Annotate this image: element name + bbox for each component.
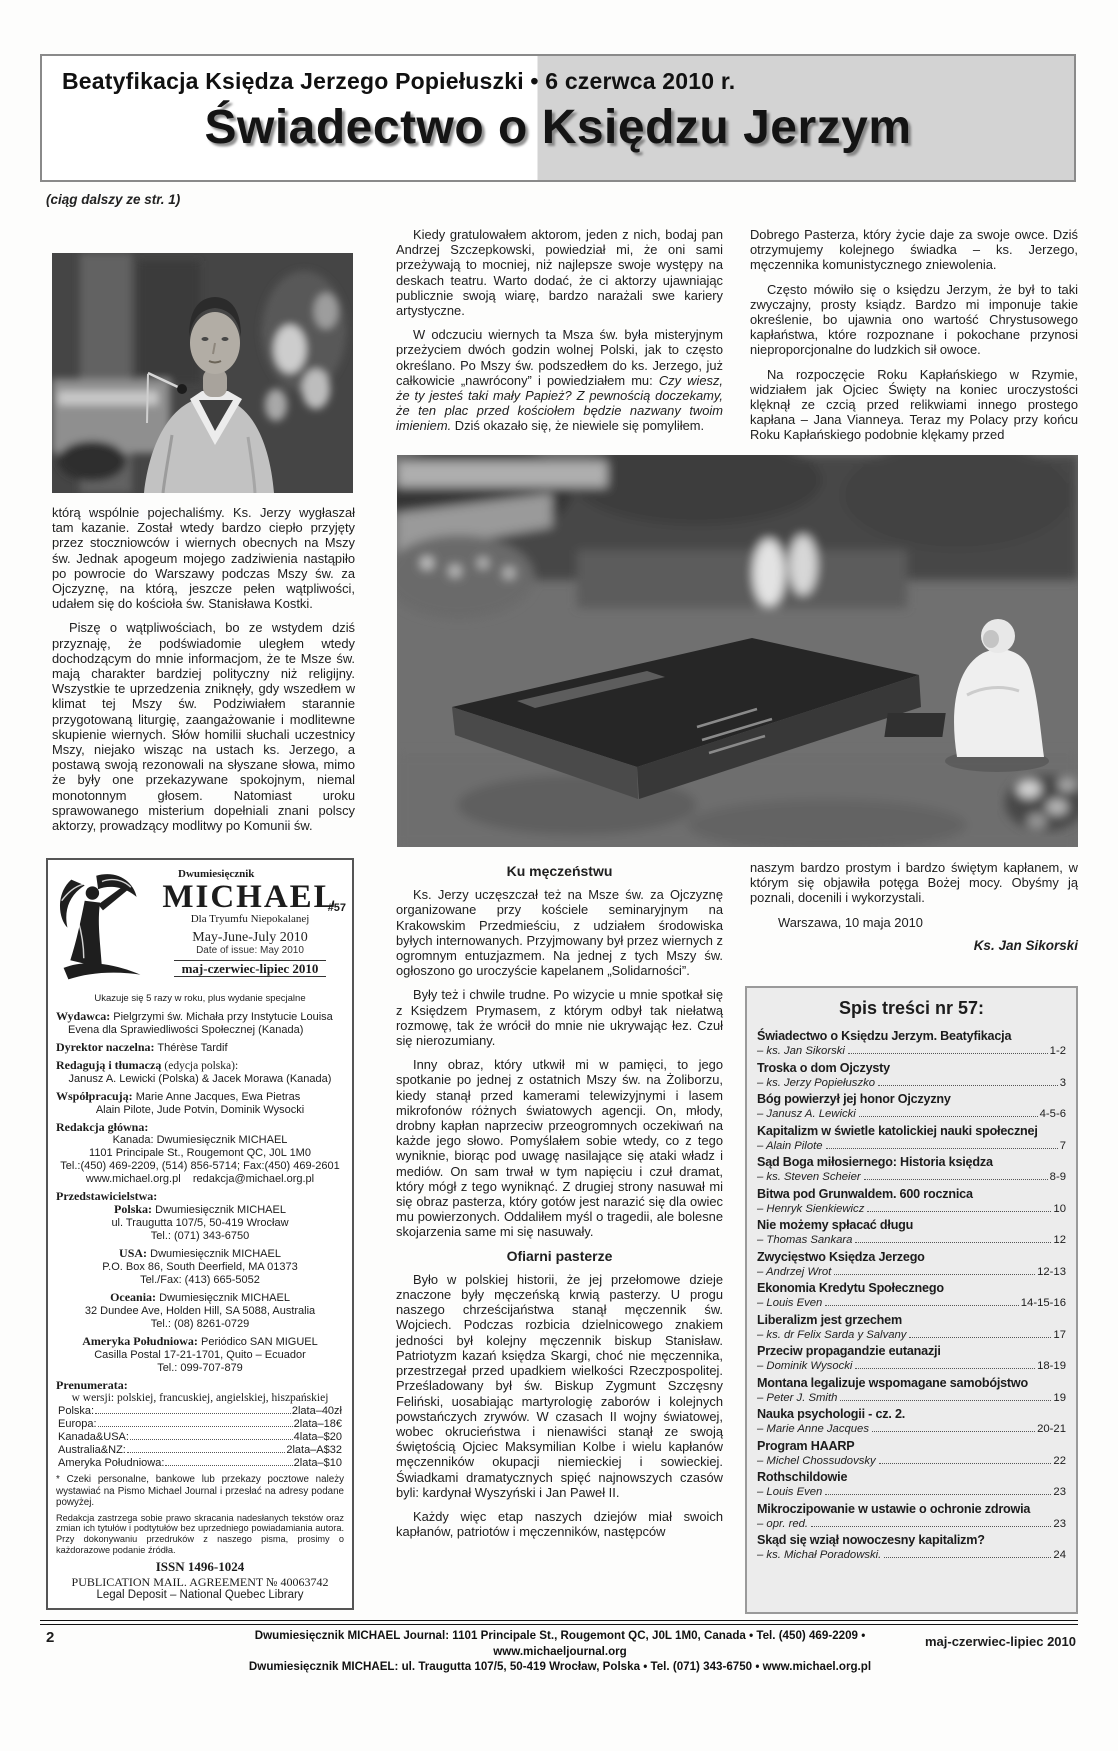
rate-price: 2lata–$10	[294, 1457, 342, 1470]
toc-entry: Troska o dom Ojczysty – ks. Jerzy Popieł…	[757, 1061, 1066, 1090]
office-name: Dwumiesięcznik MICHAEL	[150, 1248, 281, 1260]
leader-dots	[855, 1368, 1035, 1369]
leader-dots	[909, 1337, 1051, 1338]
director-block: Dyrektor naczelna: Thérèse Tardif	[56, 1041, 344, 1055]
toc-entry-line: – opr. red. 23	[757, 1517, 1066, 1531]
masthead-date-pl: maj-czerwiec-lipiec 2010	[174, 960, 327, 977]
rate-price: 2lata–18€	[294, 1418, 342, 1431]
leader-dots	[848, 1053, 1048, 1054]
section-heading: Ofiarni pasterze	[396, 1249, 723, 1264]
publisher-block: Wydawca: Pielgrzymi św. Michała przy Ins…	[56, 1010, 344, 1037]
office-region: USA:	[119, 1246, 147, 1260]
paragraph: Było w polskiej historii, że jej przełom…	[396, 1272, 723, 1500]
toc-entry-title: Świadectwo o Księdzu Jerzym. Beatyfikacj…	[757, 1029, 1066, 1044]
toc-entry-pages: 24	[1053, 1548, 1066, 1562]
leader-dots	[878, 1085, 1058, 1086]
office-address: 32 Dundee Ave, Holden Hill, SA 5088, Aus…	[56, 1305, 344, 1318]
office-phone: Tel.: 099-707-879	[56, 1362, 344, 1375]
office-address: P.O. Box 86, South Deerfield, MA 01373	[56, 1261, 344, 1274]
office-region: Oceania:	[110, 1290, 156, 1304]
toc-entry-title: Bitwa pod Grunwaldem. 600 rocznica	[757, 1187, 1066, 1202]
footer-issue-date: maj-czerwiec-lipiec 2010	[925, 1634, 1076, 1649]
toc-box: Spis treści nr 57: Świadectwo o Księdzu …	[745, 986, 1078, 1614]
toc-entry: Kapitalizm w świetle katolickiej nauki s…	[757, 1124, 1066, 1153]
leader-dots	[165, 1465, 292, 1466]
editors-block: Redagują i tłumaczą (edycja polska): Jan…	[56, 1059, 344, 1086]
leader-dots	[872, 1431, 1035, 1432]
toc-entry-line: – Alain Pilote 7	[757, 1139, 1066, 1153]
masthead-frequency-note: Ukazuje się 5 razy w roku, plus wydanie …	[54, 992, 346, 1005]
toc-entry-line: – Louis Even 14-15-16	[757, 1296, 1066, 1310]
toc-entry: Mikroczipowanie w ustawie o ochronie zdr…	[757, 1502, 1066, 1531]
toc-entry-line: – ks. Michał Poradowski. 24	[757, 1548, 1066, 1562]
editors-label: Redagują i tłumaczą	[56, 1058, 161, 1072]
toc-entry-line: – Louis Even 23	[757, 1485, 1066, 1499]
toc-entry-line: – Dominik Wysocki 18-19	[757, 1359, 1066, 1373]
toc-entry-pages: 23	[1053, 1485, 1066, 1499]
toc-entry: Sąd Boga miłosiernego: Historia księdza …	[757, 1155, 1066, 1184]
toc-entry-title: Rothschildowie	[757, 1470, 1066, 1485]
masthead-top: #57 Dwumiesięcznik MICHAEL Dla Tryumfu N…	[54, 868, 346, 990]
toc-entry-line: – Peter J. Smith 19	[757, 1391, 1066, 1405]
article-title: Świadectwo o Księdzu Jerzym	[42, 100, 1074, 155]
toc-entry-author: – Marie Anne Jacques	[757, 1422, 869, 1436]
toc-entry-author: – Louis Even	[757, 1296, 822, 1310]
paragraph: Często mówiło się o księdzu Jerzym, że b…	[750, 282, 1078, 358]
toc-entry-author: – ks. Jerzy Popiełuszko	[757, 1076, 875, 1090]
toc-entry-pages: 10	[1053, 1202, 1066, 1216]
main-office-line: Tel.:(450) 469-2209, (514) 856-5714; Fax…	[56, 1160, 344, 1173]
st-michael-illustration	[54, 870, 150, 988]
paragraph: Dobrego Pasterza, który życie daje za sw…	[750, 227, 1078, 273]
toc-entry: Program HAARP – Michel Chossudovsky 22	[757, 1439, 1066, 1468]
main-office-line: www.michael.org.pl redakcja@michael.org.…	[56, 1173, 344, 1186]
toc-entry-title: Kapitalizm w świetle katolickiej nauki s…	[757, 1124, 1066, 1139]
issn: ISSN 1496-1024	[54, 1560, 346, 1573]
toc-entry-author: – Henryk Sienkiewicz	[757, 1202, 864, 1216]
column-middle-top: Kiedy gratulowałem aktorom, jeden z nich…	[396, 227, 723, 443]
director-value: Thérèse Tardif	[157, 1042, 227, 1054]
footer-rule	[40, 1620, 1078, 1625]
legal-deposit: Legal Deposit – National Quebec Library	[54, 1589, 346, 1602]
editorial-note: Redakcja zastrzega sobie prawo skracania…	[56, 1513, 344, 1556]
photo-ks-jerzy-art	[52, 253, 353, 493]
toc-entry-line: – Andrzej Wrot 12-13	[757, 1265, 1066, 1279]
leader-dots	[825, 1305, 1018, 1306]
toc-entry-line: – Marie Anne Jacques 20-21	[757, 1422, 1066, 1436]
subscription-block: Prenumerata: w wersji: polskiej, francus…	[56, 1379, 344, 1470]
rate-region: Australia&NZ:	[58, 1444, 126, 1457]
toc-entry-pages: 4-5-6	[1040, 1107, 1066, 1121]
toc-entry: Montana legalizuje wspomagane samobójstw…	[757, 1376, 1066, 1405]
toc-entry: Bóg powierzył jej honor Ojczyzny – Janus…	[757, 1092, 1066, 1121]
office-name: Periódico SAN MIGUEL	[201, 1336, 318, 1348]
leader-dots	[879, 1463, 1052, 1464]
paragraph: Kiedy gratulowałem aktorom, jeden z nich…	[396, 227, 723, 318]
column-middle-bottom: Ku męczeństwu Ks. Jerzy uczęszczał też n…	[396, 862, 723, 1548]
toc-entry-title: Sąd Boga miłosiernego: Historia księdza	[757, 1155, 1066, 1170]
toc-entry-pages: 7	[1060, 1139, 1066, 1153]
collaborators-line1: Marie Anne Jacques, Ewa Pietras	[136, 1091, 300, 1103]
subscription-rate-row: Europa: 2lata–18€	[58, 1418, 342, 1431]
subscription-rate-row: Australia&NZ: 2lata–A$32	[58, 1444, 342, 1457]
office-phone: Tel./Fax: (413) 665-5052	[56, 1274, 344, 1287]
collaborators-block: Współpracują: Marie Anne Jacques, Ewa Pi…	[56, 1090, 344, 1117]
masthead-box: #57 Dwumiesięcznik MICHAEL Dla Tryumfu N…	[46, 858, 354, 1610]
leader-dots	[98, 1426, 293, 1427]
toc-entry: Świadectwo o Księdzu Jerzym. Beatyfikacj…	[757, 1029, 1066, 1058]
photo-pope-kneeling-at-tomb	[397, 455, 1078, 847]
office-region: Polska:	[114, 1202, 152, 1216]
editors-sublabel: (edycja polska):	[164, 1060, 238, 1072]
masthead-logo-text: MICHAEL	[154, 881, 346, 913]
toc-entry-pages: 12	[1053, 1233, 1066, 1247]
editors-value: Janusz A. Lewicki (Polska) & Jacek Moraw…	[56, 1073, 344, 1086]
subscription-versions: w wersji: polskiej, francuskiej, angiels…	[56, 1392, 344, 1405]
toc-entry-pages: 3	[1060, 1076, 1066, 1090]
office-address: Casilla Postal 17-21-1701, Quito – Ecuad…	[56, 1349, 344, 1362]
publisher-label: Wydawca:	[56, 1009, 110, 1023]
leader-dots	[859, 1116, 1038, 1117]
toc-entry-title: Nauka psychologii - cz. 2.	[757, 1407, 1066, 1422]
paragraph: naszym bardzo prostym i bardzo świętym k…	[750, 860, 1078, 906]
toc-entry-pages: 22	[1053, 1454, 1066, 1468]
main-office-line: 1101 Principale St., Rougemont QC, J0L 1…	[56, 1147, 344, 1160]
leader-dots	[811, 1526, 1051, 1527]
toc-entry-title: Montana legalizuje wspomagane samobójstw…	[757, 1376, 1066, 1391]
toc-entry-title: Program HAARP	[757, 1439, 1066, 1454]
toc-entry-line: – ks. Steven Scheier 8-9	[757, 1170, 1066, 1184]
office-phone: Tel.: (071) 343-6750	[56, 1230, 344, 1243]
newspaper-page: Beatyfikacja Księdza Jerzego Popiełuszki…	[0, 0, 1118, 1751]
toc-entry: Zwycięstwo Księdza Jerzego – Andrzej Wro…	[757, 1250, 1066, 1279]
leader-dots	[825, 1494, 1051, 1495]
header-kicker: Beatyfikacja Księdza Jerzego Popiełuszki…	[62, 68, 735, 95]
toc-entry-line: – ks. dr Felix Sarda y Salvany 17	[757, 1328, 1066, 1342]
office-region-name: Polska: Dwumiesięcznik MICHAEL	[56, 1203, 344, 1217]
toc-entry-author: – Janusz A. Lewicki	[757, 1107, 856, 1121]
column-right-bottom: naszym bardzo prostym i bardzo świętym k…	[750, 860, 1078, 953]
toc-entry: Rothschildowie – Louis Even 23	[757, 1470, 1066, 1499]
paragraph-text: Dziś okazało się, że niewiele się pomyli…	[451, 418, 704, 433]
toc-entry-author: – Louis Even	[757, 1485, 822, 1499]
leader-dots	[840, 1400, 1051, 1401]
leader-dots	[834, 1274, 1035, 1275]
masthead-date-en: May-June-July 2010	[154, 931, 346, 944]
rate-region: Kanada&USA:	[58, 1431, 129, 1444]
office-entry: Ameryka Południowa: Periódico SAN MIGUEL…	[56, 1335, 344, 1375]
author-signature: Ks. Jan Sikorski	[750, 938, 1078, 953]
toc-entry-title: Bóg powierzył jej honor Ojczyzny	[757, 1092, 1066, 1107]
office-entry: Oceania: Dwumiesięcznik MICHAEL 32 Dunde…	[56, 1291, 344, 1331]
leader-dots	[884, 1557, 1051, 1558]
photo-ks-jerzy-at-mass	[52, 253, 353, 493]
photo-pope-tomb-art	[397, 455, 1078, 847]
toc-entry-author: – Peter J. Smith	[757, 1391, 837, 1405]
offices-block: Przedstawicielstwa: Polska: Dwumiesięczn…	[56, 1190, 344, 1375]
toc-entry-author: – opr. red.	[757, 1517, 808, 1531]
toc-entry-line: – Thomas Sankara 12	[757, 1233, 1066, 1247]
toc-entry: Liberalizm jest grzechem – ks. dr Felix …	[757, 1313, 1066, 1342]
issue-number-badge: #57	[328, 902, 346, 915]
page-number: 2	[46, 1629, 54, 1646]
subscription-rate-row: Ameryka Południowa: 2lata–$10	[58, 1457, 342, 1470]
toc-entry-pages: 23	[1053, 1517, 1066, 1531]
checks-note: * Czeki personalne, bankowe lub przekazy…	[56, 1474, 344, 1509]
printed-in: Printed in Canada	[54, 1606, 346, 1610]
leader-dots	[127, 1452, 285, 1453]
column-left: którą wspólnie pojechaliśmy. Ks. Jerzy w…	[52, 505, 355, 842]
office-region: Ameryka Południowa:	[82, 1334, 198, 1348]
leader-dots	[95, 1413, 291, 1414]
section-heading: Ku męczeństwu	[396, 864, 723, 879]
office-name: Dwumiesięcznik MICHAEL	[155, 1204, 286, 1216]
toc-entry: Nauka psychologii - cz. 2. – Marie Anne …	[757, 1407, 1066, 1436]
main-office-line: Kanada: Dwumiesięcznik MICHAEL	[56, 1134, 344, 1147]
toc-entry-title: Troska o dom Ojczysty	[757, 1061, 1066, 1076]
paragraph: Ks. Jerzy uczęszczał też na Msze św. za …	[396, 887, 723, 978]
toc-entry-author: – ks. Jan Sikorski	[757, 1044, 845, 1058]
paragraph: Każdy więc etap naszych dziejów miał swo…	[396, 1509, 723, 1539]
rate-region: Europa:	[58, 1418, 97, 1431]
toc-entry-pages: 14-15-16	[1021, 1296, 1066, 1310]
office-address: ul. Traugutta 107/5, 50-419 Wrocław	[56, 1217, 344, 1230]
toc-entry-author: – ks. Steven Scheier	[757, 1170, 861, 1184]
paragraph: Inny obraz, który utkwił mi w pamięci, t…	[396, 1057, 723, 1239]
leader-dots	[826, 1148, 1058, 1149]
rate-region: Ameryka Południowa:	[58, 1457, 164, 1470]
collaborators-label: Współpracują:	[56, 1089, 133, 1103]
subscription-rate-row: Kanada&USA: 4lata–$20	[58, 1431, 342, 1444]
rate-price: 4lata–$20	[294, 1431, 342, 1444]
toc-entry-pages: 8-9	[1050, 1170, 1066, 1184]
toc-entry: Bitwa pod Grunwaldem. 600 rocznica – Hen…	[757, 1187, 1066, 1216]
leader-dots	[130, 1439, 293, 1440]
toc-entry-pages: 19	[1053, 1391, 1066, 1405]
toc-entry-line: – Michel Chossudovsky 22	[757, 1454, 1066, 1468]
leader-dots	[867, 1211, 1051, 1212]
rate-region: Polska:	[58, 1405, 94, 1418]
toc-entry-title: Ekonomia Kredytu Społecznego	[757, 1281, 1066, 1296]
toc-entry-author: – ks. dr Felix Sarda y Salvany	[757, 1328, 906, 1342]
toc-entry-author: – Andrzej Wrot	[757, 1265, 831, 1279]
director-label: Dyrektor naczelna:	[56, 1040, 155, 1054]
toc-entry-pages: 20-21	[1037, 1422, 1066, 1436]
continuation-note: (ciąg dalszy ze str. 1)	[46, 192, 180, 207]
toc-entry: Nie możemy spłacać długu – Thomas Sankar…	[757, 1218, 1066, 1247]
toc-entry-pages: 12-13	[1037, 1265, 1066, 1279]
article-header: Beatyfikacja Księdza Jerzego Popiełuszki…	[40, 54, 1076, 182]
paragraph: którą wspólnie pojechaliśmy. Ks. Jerzy w…	[52, 505, 355, 611]
toc-entry-author: – Thomas Sankara	[757, 1233, 852, 1247]
toc-entry: Przeciw propagandzie eutanazji – Dominik…	[757, 1344, 1066, 1373]
toc-title: Spis treści nr 57:	[757, 998, 1066, 1019]
office-region-name: USA: Dwumiesięcznik MICHAEL	[56, 1247, 344, 1261]
paragraph: Piszę o wątpliwościach, bo ze wstydem dz…	[52, 620, 355, 833]
toc-entry-pages: 1-2	[1050, 1044, 1066, 1058]
toc-entry-title: Nie możemy spłacać długu	[757, 1218, 1066, 1233]
toc-entry-author: – Michel Chossudovsky	[757, 1454, 876, 1468]
toc-entry-author: – ks. Michał Poradowski.	[757, 1548, 881, 1562]
rate-price: 2lata–A$32	[286, 1444, 342, 1457]
main-office-block: Redakcja główna: Kanada: Dwumiesięcznik …	[56, 1121, 344, 1186]
toc-entry-title: Zwycięstwo Księdza Jerzego	[757, 1250, 1066, 1265]
office-name: Dwumiesięcznik MICHAEL	[159, 1292, 290, 1304]
toc-entry: Ekonomia Kredytu Społecznego – Louis Eve…	[757, 1281, 1066, 1310]
main-office-label: Redakcja główna:	[56, 1121, 344, 1134]
office-entry: USA: Dwumiesięcznik MICHAEL P.O. Box 86,…	[56, 1247, 344, 1287]
paragraph: W odczuciu wiernych ta Msza św. była mis…	[396, 327, 723, 433]
toc-entry-title: Skąd się wziął nowoczesny kapitalizm?	[757, 1533, 1066, 1548]
office-phone: Tel.: (08) 8261-0729	[56, 1318, 344, 1331]
office-region-name: Oceania: Dwumiesięcznik MICHAEL	[56, 1291, 344, 1305]
office-region-name: Ameryka Południowa: Periódico SAN MIGUEL	[56, 1335, 344, 1349]
subscription-label: Prenumerata:	[56, 1379, 344, 1392]
column-right-top: Dobrego Pasterza, który życie daje za sw…	[750, 227, 1078, 452]
toc-entry: Skąd się wziął nowoczesny kapitalizm? – …	[757, 1533, 1066, 1562]
masthead-date-of-issue: Date of issue: May 2010	[154, 944, 346, 957]
office-entry: Polska: Dwumiesięcznik MICHAEL ul. Traug…	[56, 1203, 344, 1243]
toc-entry-line: – ks. Jan Sikorski 1-2	[757, 1044, 1066, 1058]
paragraph: Na rozpoczęcie Roku Kapłańskiego w Rzymi…	[750, 367, 1078, 443]
toc-entry-author: – Dominik Wysocki	[757, 1359, 852, 1373]
collaborators-line2: Alain Pilote, Jude Potvin, Dominik Wysoc…	[56, 1104, 344, 1117]
dateline: Warszawa, 10 maja 2010	[750, 915, 1078, 930]
offices-label: Przedstawicielstwa:	[56, 1190, 344, 1203]
footer-info: Dwumiesięcznik MICHAEL Journal: 1101 Pri…	[190, 1628, 930, 1675]
publication-mail-agreement: PUBLICATION MAIL. AGREEMENT № 40063742	[54, 1576, 346, 1589]
toc-entry-title: Liberalizm jest grzechem	[757, 1313, 1066, 1328]
toc-entry-title: Mikroczipowanie w ustawie o ochronie zdr…	[757, 1502, 1066, 1517]
toc-entry-pages: 17	[1053, 1328, 1066, 1342]
toc-entry-author: – Alain Pilote	[757, 1139, 823, 1153]
leader-dots	[855, 1242, 1051, 1243]
rate-price: 2lata–40zł	[292, 1405, 342, 1418]
toc-entry-pages: 18-19	[1037, 1359, 1066, 1373]
toc-entry-line: – ks. Jerzy Popiełuszko 3	[757, 1076, 1066, 1090]
footer-line2: Dwumiesięcznik MICHAEL: ul. Traugutta 10…	[190, 1659, 930, 1675]
paragraph: Były też i chwile trudne. Po wizycie u m…	[396, 987, 723, 1048]
footer-line1: Dwumiesięcznik MICHAEL Journal: 1101 Pri…	[190, 1628, 930, 1659]
leader-dots	[864, 1179, 1048, 1180]
toc-entry-line: – Henryk Sienkiewicz 10	[757, 1202, 1066, 1216]
toc-entry-line: – Janusz A. Lewicki 4-5-6	[757, 1107, 1066, 1121]
toc-entry-title: Przeciw propagandzie eutanazji	[757, 1344, 1066, 1359]
subscription-rate-row: Polska: 2lata–40zł	[58, 1405, 342, 1418]
